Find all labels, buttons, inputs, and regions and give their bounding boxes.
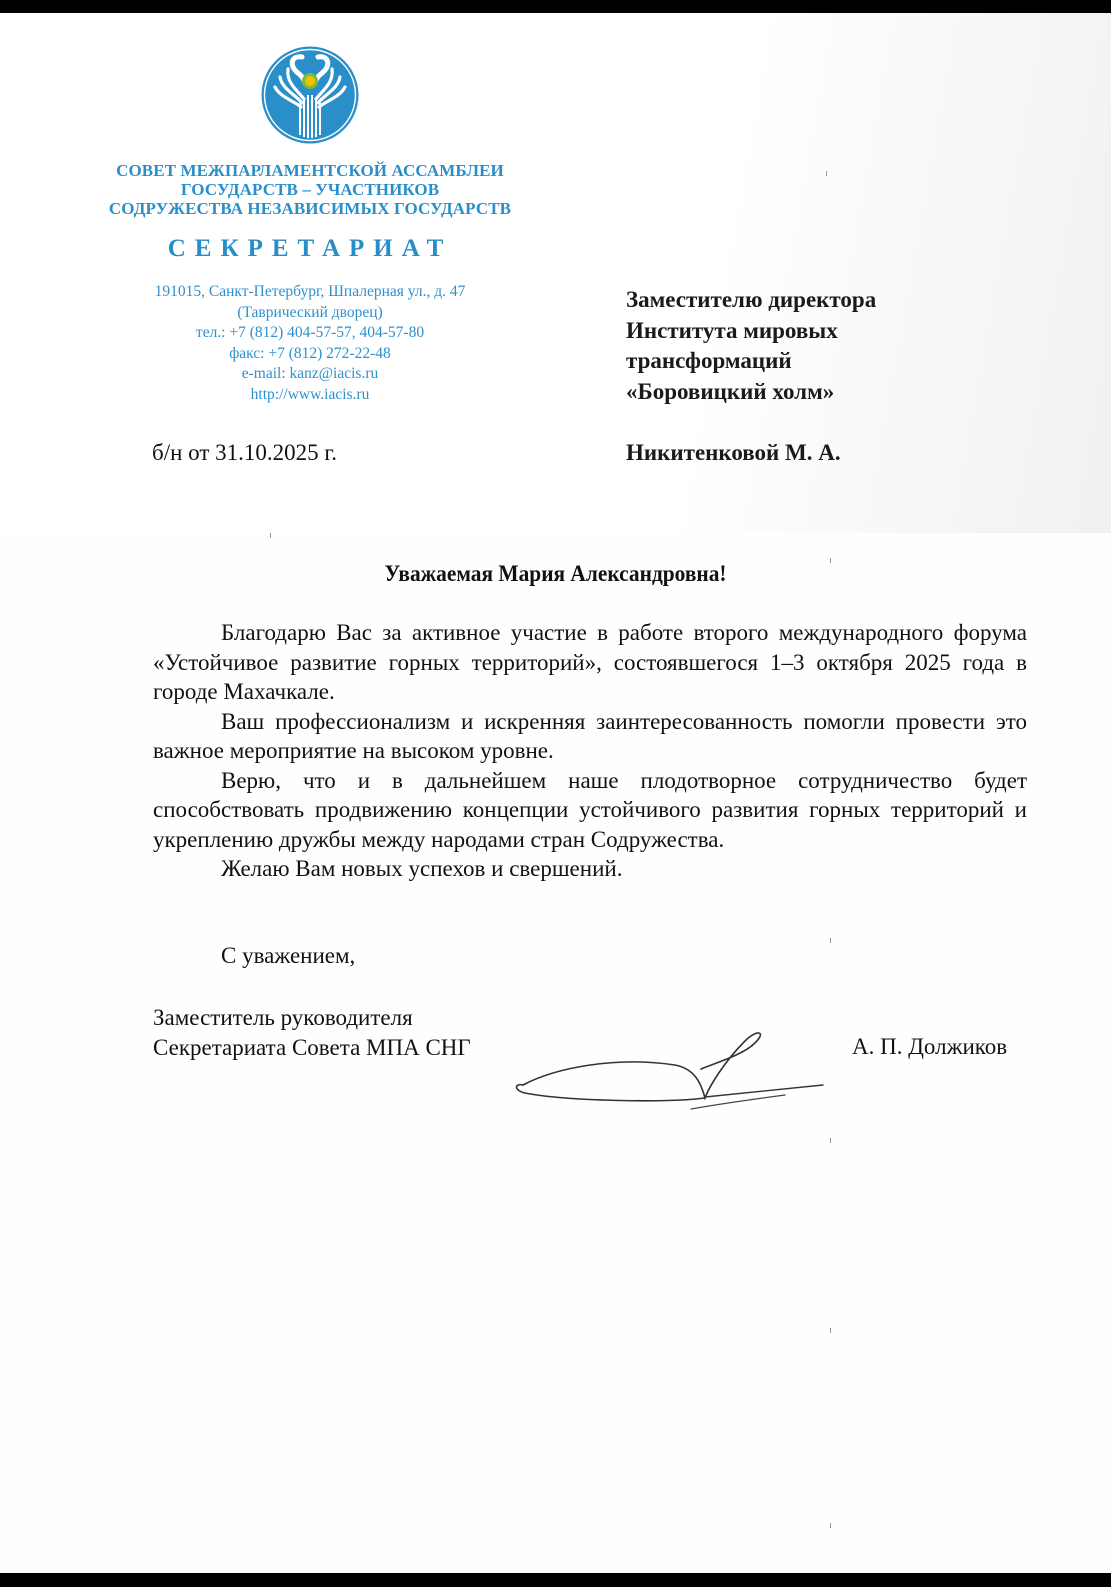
letter-body: Благодарю Вас за активное участие в рабо… [153, 618, 1027, 884]
address: 191015, Санкт-Петербург, Шпалерная ул., … [60, 282, 560, 303]
addressee-line: «Боровицкий холм» [626, 377, 876, 408]
phone: тел.: +7 (812) 404-57-57, 404-57-80 [60, 323, 560, 344]
org-line: СОДРУЖЕСТВА НЕЗАВИСИМЫХ ГОСУДАРСТВ [60, 199, 560, 218]
email: e-mail: kanz@iacis.ru [60, 364, 560, 385]
org-line: ГОСУДАРСТВ – УЧАСТНИКОВ [60, 180, 560, 199]
addressee-line: трансформаций [626, 346, 876, 377]
signer-name: А. П. Должиков [852, 1034, 1007, 1060]
scan-speck [826, 171, 827, 176]
organization-name: СОВЕТ МЕЖПАРЛАМЕНТСКОЙ АССАМБЛЕИ ГОСУДАР… [60, 161, 560, 218]
addressee-line: Института мировых [626, 316, 876, 347]
letter-page: СОВЕТ МЕЖПАРЛАМЕНТСКОЙ АССАМБЛЕИ ГОСУДАР… [0, 13, 1111, 1573]
fax: факс: +7 (812) 272-22-48 [60, 344, 560, 365]
scan-speck [270, 533, 271, 538]
signer-title-line: Секретариата Совета МПА СНГ [153, 1033, 471, 1063]
reference-number: б/н от 31.10.2025 г. [152, 440, 337, 466]
scan-speck [830, 1138, 831, 1143]
cis-emblem-icon [258, 43, 362, 147]
paragraph: Желаю Вам новых успехов и свершений. [153, 854, 1027, 884]
scan-speck [830, 558, 831, 563]
addressee-name: Никитенковой М. А. [626, 440, 841, 466]
paragraph: Верю, что и в дальнейшем наше плодотворн… [153, 766, 1027, 855]
signer-title: Заместитель руководителя Секретариата Со… [153, 1003, 471, 1063]
signer-title-line: Заместитель руководителя [153, 1003, 471, 1033]
closing: С уважением, [221, 943, 355, 969]
org-line: СОВЕТ МЕЖПАРЛАМЕНТСКОЙ АССАМБЛЕИ [60, 161, 560, 180]
contact-info: 191015, Санкт-Петербург, Шпалерная ул., … [60, 282, 560, 405]
building: (Таврический дворец) [60, 303, 560, 324]
scan-speck [830, 1328, 831, 1333]
salutation: Уважаемая Мария Александровна! [39, 561, 1072, 587]
paragraph: Ваш профессионализм и искренняя заинтере… [153, 707, 1027, 766]
addressee-block: Заместителю директора Института мировых … [626, 285, 876, 407]
scan-speck [830, 1523, 831, 1528]
handwritten-signature-icon [505, 1023, 835, 1113]
scan-speck [830, 938, 831, 943]
addressee-line: Заместителю директора [626, 285, 876, 316]
department-title: СЕКРЕТАРИАТ [60, 235, 560, 263]
paragraph: Благодарю Вас за активное участие в рабо… [153, 618, 1027, 707]
website: http://www.iacis.ru [60, 385, 560, 406]
